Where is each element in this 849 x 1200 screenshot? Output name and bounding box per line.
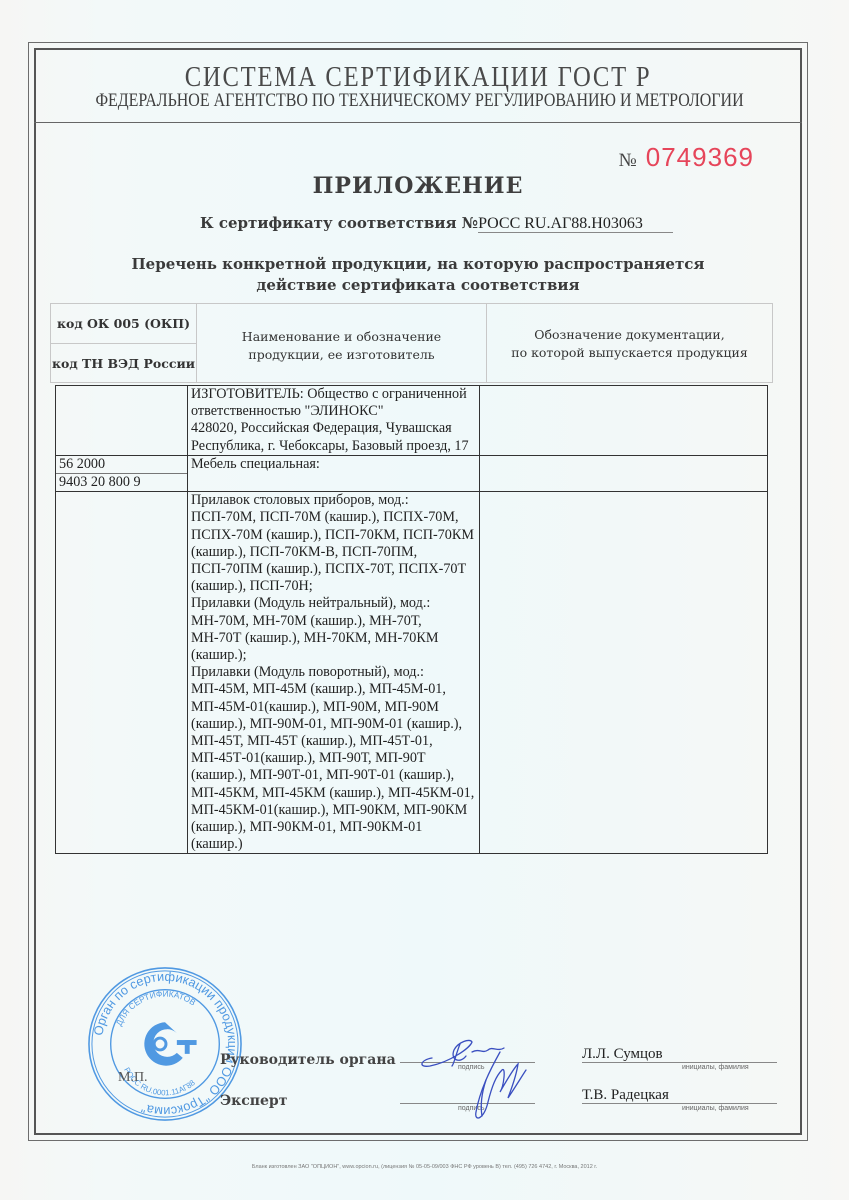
header-divider (34, 122, 802, 123)
product-line: МП-45Т-01(кашир.), МП-90Т, МП-90Т (191, 750, 476, 767)
product-line: Республика, г. Чебоксары, Базовый проезд… (191, 438, 476, 455)
header-okp: код ОК 005 (ОКП) (51, 304, 197, 344)
product-name-cell: ИЗГОТОВИТЕЛЬ: Общество с ограниченнойотв… (188, 386, 480, 456)
product-line: ПСП-70М, ПСП-70М (кашир.), ПСПХ-70М, (191, 509, 476, 526)
product-line: (кашир.), МП-90Т-01, МП-90Т-01 (кашир.), (191, 767, 476, 784)
header-tnved: код ТН ВЭД России (51, 344, 197, 383)
head-name-line (582, 1062, 777, 1063)
product-line: МП-45Т, МП-45Т (кашир.), МП-45Т-01, (191, 733, 476, 750)
head-name-caption: инициалы, фамилия (682, 1064, 749, 1071)
table-row: ИЗГОТОВИТЕЛЬ: Общество с ограниченнойотв… (56, 386, 768, 456)
header-docs-line2: по которой выпускается продукция (487, 344, 772, 362)
header-documentation: Обозначение документации, по которой вып… (487, 304, 772, 383)
product-line: МН-70М, МН-70М (кашир.), МН-70Т, (191, 613, 476, 630)
seal-place-label: М.П. (118, 1070, 148, 1086)
head-name: Л.Л. Сумцов (582, 1046, 663, 1063)
product-line: ПСПХ-70М (кашир.), ПСП-70КМ, ПСП-70КМ (191, 527, 476, 544)
certificate-reference: К сертификату соответствия №РОСС RU.АГ88… (200, 214, 673, 233)
tnved-code: 9403 20 800 9 (56, 473, 187, 491)
documentation-cell (480, 455, 768, 491)
list-title-line1: Перечень конкретной продукции, на котору… (34, 254, 802, 275)
product-line: МН-70Т (кашир.), МН-70КМ, МН-70КМ (191, 630, 476, 647)
table-row: Прилавок столовых приборов, мод.:ПСП-70М… (56, 492, 768, 854)
product-line: (кашир.), ПСП-70КМ-В, ПСП-70ПМ, (191, 544, 476, 561)
header-name-line2: продукции, ее изготовитель (197, 346, 486, 364)
table-row: 56 20009403 20 800 9Мебель специальная: (56, 455, 768, 491)
product-line: 428020, Российская Федерация, Чувашская (191, 420, 476, 437)
product-line: Прилавки (Модуль нейтральный), мод.: (191, 595, 476, 612)
list-title-line2: действие сертификата соответствия (34, 275, 802, 296)
okp-code: 56 2000 (59, 456, 184, 473)
product-line: Прилавки (Модуль поворотный), мод.: (191, 664, 476, 681)
product-name-cell: Прилавок столовых приборов, мод.:ПСП-70М… (188, 492, 480, 854)
list-title: Перечень конкретной продукции, на котору… (34, 254, 802, 296)
product-line: Мебель специальная: (191, 456, 476, 473)
header-name-line1: Наименование и обозначение (197, 328, 486, 346)
table-header: код ОК 005 (ОКП) код ТН ВЭД России Наиме… (50, 303, 773, 383)
product-line: МП-45М-01(кашир.), МП-90М, МП-90М (191, 699, 476, 716)
expert-name-line (582, 1103, 777, 1104)
product-name-cell: Мебель специальная: (188, 455, 480, 491)
product-line: МП-45КМ, МП-45КМ (кашир.), МП-45КМ-01, (191, 785, 476, 802)
product-line: (кашир.); (191, 647, 476, 664)
product-table: ИЗГОТОВИТЕЛЬ: Общество с ограниченнойотв… (55, 385, 768, 854)
form-number-value: 0749369 (646, 142, 754, 172)
product-line: (кашир.) (191, 836, 476, 853)
product-line: (кашир.), МП-90КМ-01, МП-90КМ-01 (191, 819, 476, 836)
product-line: МП-45М, МП-45М (кашир.), МП-45М-01, (191, 681, 476, 698)
certificate-number: РОСС RU.АГ88.Н03063 (478, 215, 673, 233)
handwritten-signature-icon (410, 1030, 550, 1130)
product-line: (кашир.), ПСП-70Н; (191, 578, 476, 595)
product-line: ПСП-70ПМ (кашир.), ПСПХ-70Т, ПСПХ-70Т (191, 561, 476, 578)
expert-name-caption: инициалы, фамилия (682, 1105, 749, 1112)
form-number: №0749369 (619, 142, 754, 173)
code-cell (56, 492, 188, 854)
product-line: МП-45КМ-01(кашир.), МП-90КМ, МП-90КМ (191, 802, 476, 819)
expert-label: Эксперт (220, 1093, 287, 1109)
documentation-cell (480, 386, 768, 456)
number-sign: № (619, 150, 638, 171)
product-line: ИЗГОТОВИТЕЛЬ: Общество с ограниченной (191, 386, 476, 403)
header-product-name: Наименование и обозначение продукции, ее… (197, 304, 487, 383)
code-cell (56, 386, 188, 456)
certificate-label: К сертификату соответствия № (200, 214, 478, 232)
head-of-body-label: Руководитель органа (220, 1052, 396, 1068)
expert-name: Т.В. Радецкая (582, 1087, 669, 1104)
code-cell: 56 20009403 20 800 9 (56, 455, 188, 491)
page-title: ПРИЛОЖЕНИЕ (34, 173, 802, 199)
product-line: Прилавок столовых приборов, мод.: (191, 492, 476, 509)
header-docs-line1: Обозначение документации, (487, 326, 772, 344)
product-line: ответственностью "ЭЛИНОКС" (191, 403, 476, 420)
form-imprint: Бланк изготовлен ЗАО "ОПЦИОН", www.opcio… (0, 1164, 849, 1170)
product-line: (кашир.), МП-90М-01, МП-90М-01 (кашир.), (191, 716, 476, 733)
documentation-cell (480, 492, 768, 854)
agency-title: ФЕДЕРАЛЬНОЕ АГЕНТСТВО ПО ТЕХНИЧЕСКОМУ РЕ… (95, 90, 740, 112)
